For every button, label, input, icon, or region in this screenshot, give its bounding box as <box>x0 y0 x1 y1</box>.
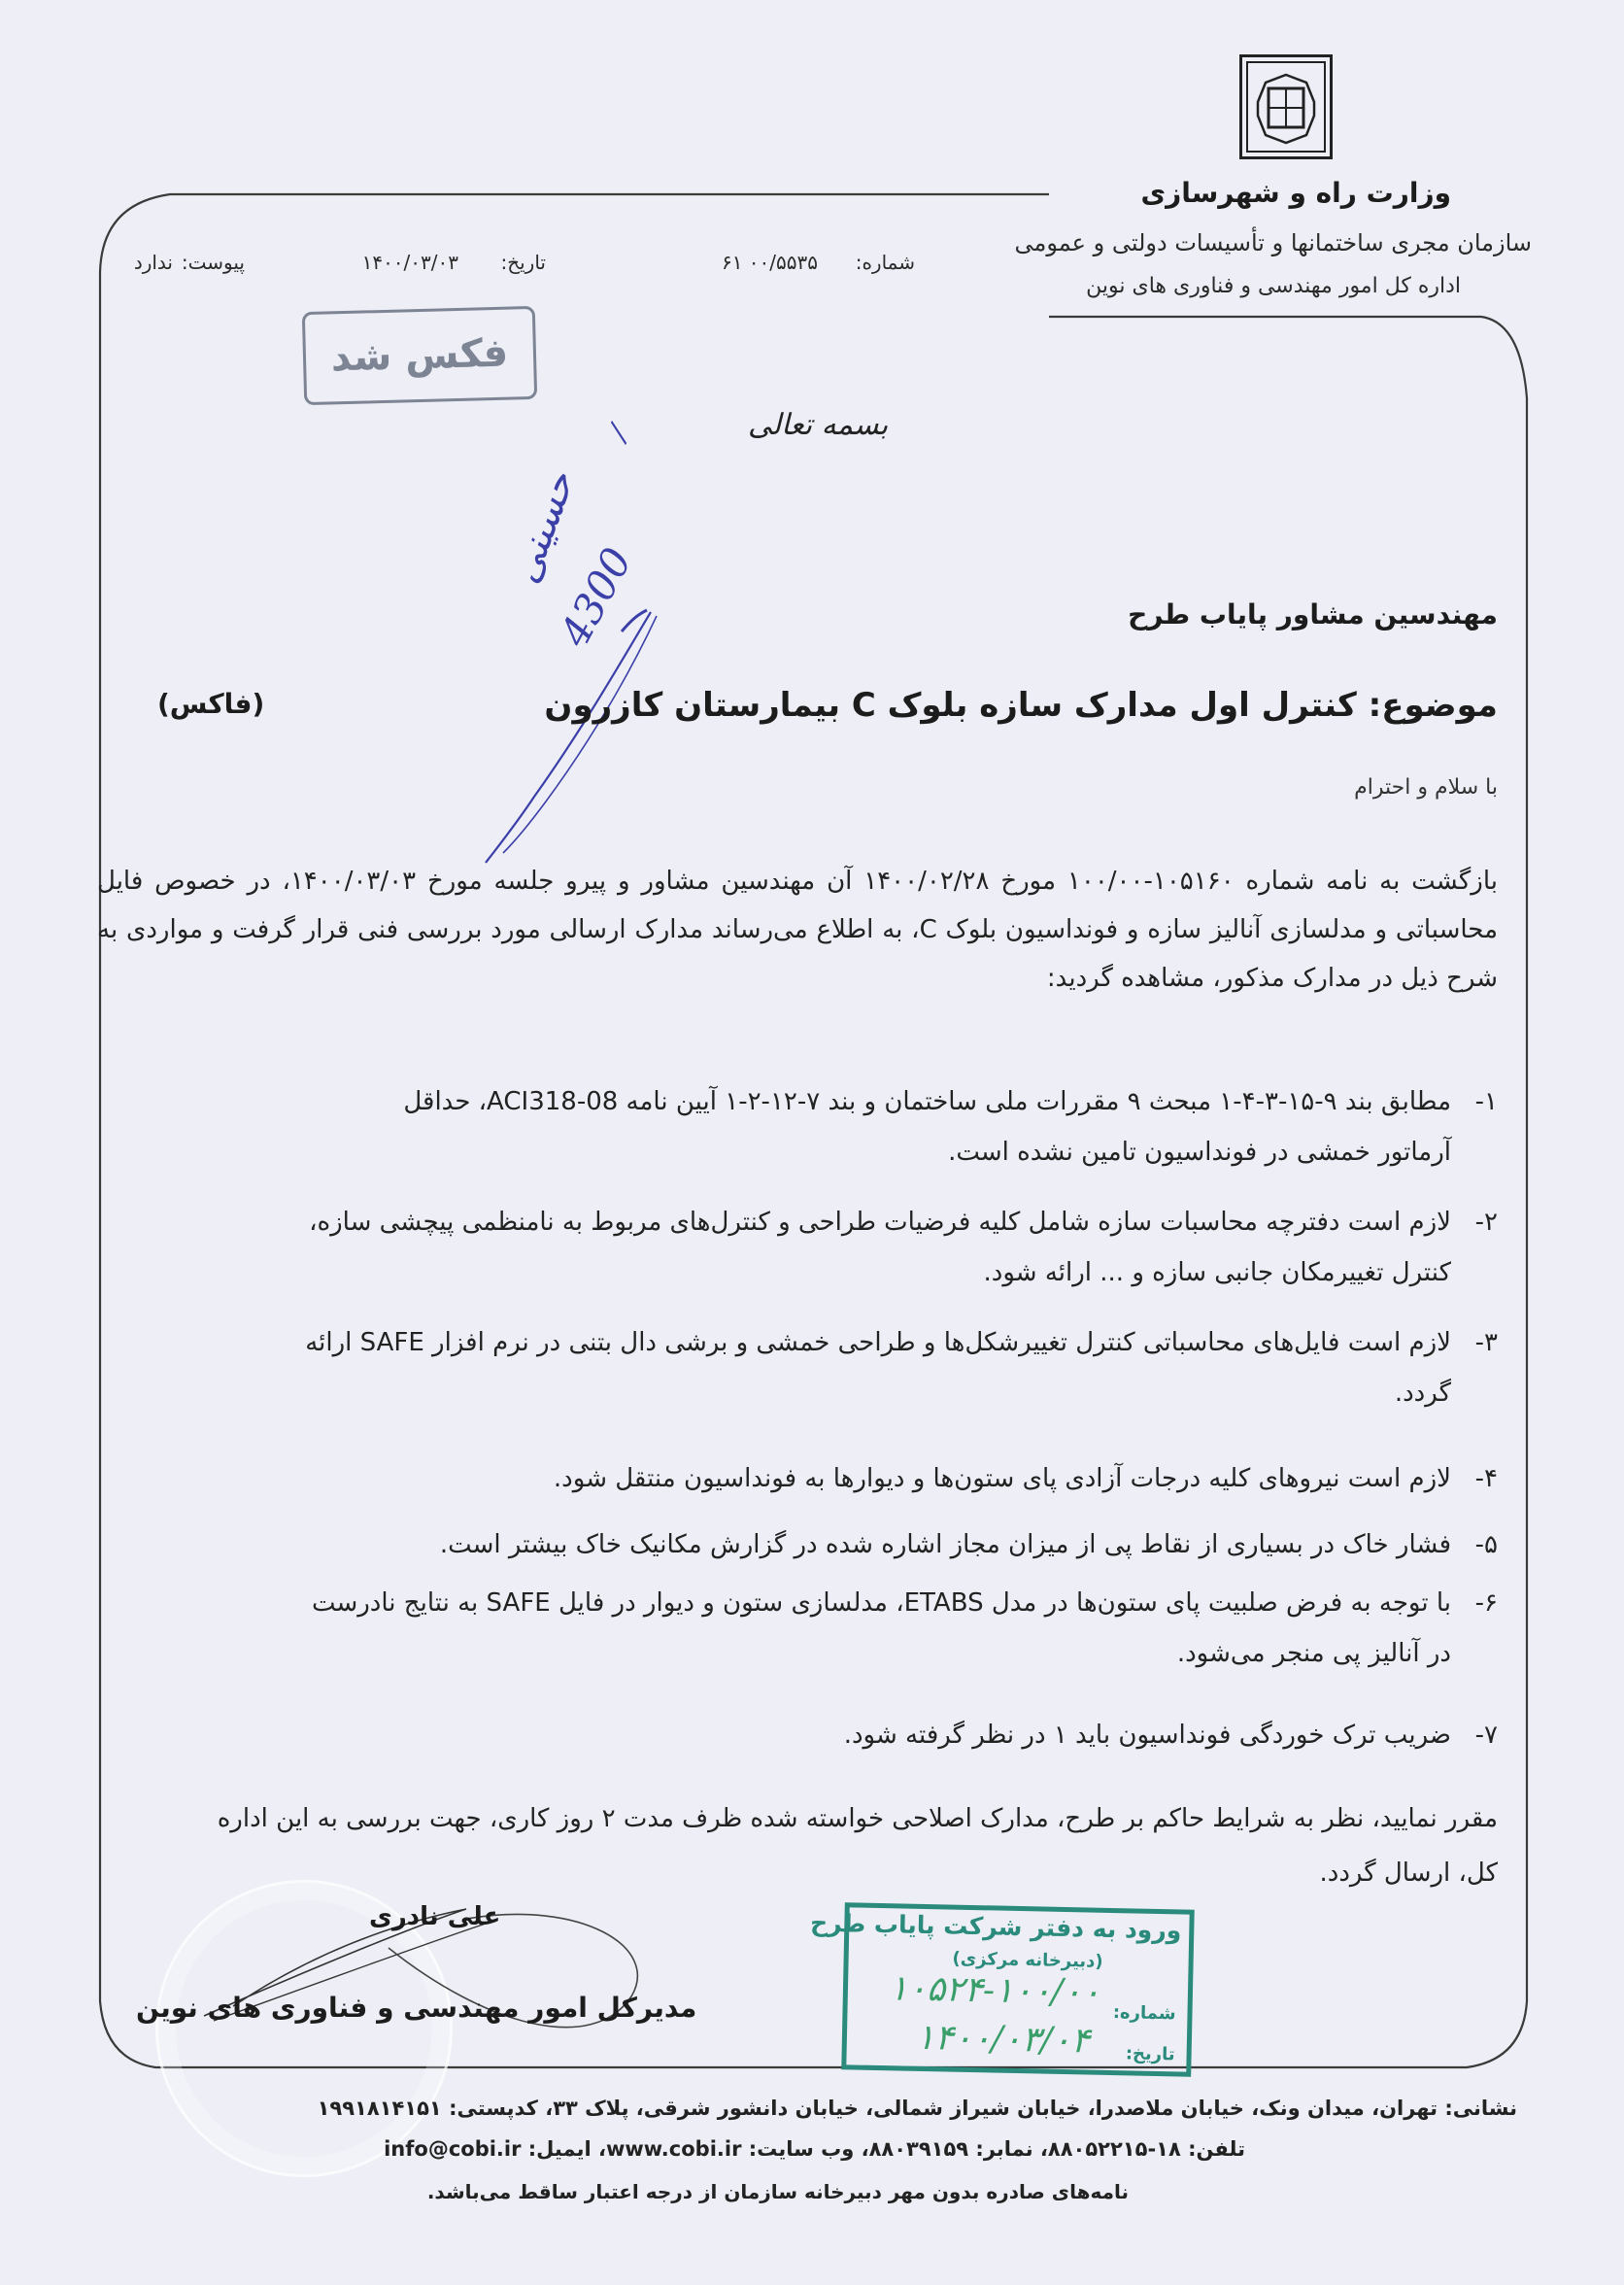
recipient: مهندسین مشاور پایاب طرح <box>1128 598 1498 631</box>
fax-label: (فاکس) <box>157 688 264 720</box>
greeting: با سلام و احترام <box>1354 775 1498 800</box>
item-text-continued: کنترل تغییرمکان جانبی سازه و ... ارائه ش… <box>97 1247 1498 1298</box>
basmala: بسمه تعالی <box>748 408 888 442</box>
list-item: ۲-لازم است دفترچه محاسبات سازه شامل کلیه… <box>97 1197 1498 1298</box>
item-text: لازم است نیروهای کلیه درجات آزادی پای ست… <box>554 1464 1451 1493</box>
received-number-value: ۱۰۵۲۴-۱۰۰/۰۰ <box>889 1968 1100 2013</box>
footer-contact: تلفن: ۱۸-۸۸۰۵۲۲۱۵، نمابر: ۸۸۰۳۹۱۵۹، وب س… <box>384 2137 1245 2161</box>
item-text: لازم است دفترچه محاسبات سازه شامل کلیه ف… <box>309 1208 1451 1237</box>
item-number: ۴- <box>1451 1453 1498 1504</box>
handwritten-stroke-icon <box>476 602 670 865</box>
subject-line: موضوع: کنترل اول مدارک سازه بلوک C بیمار… <box>544 686 1498 725</box>
item-text: فشار خاک در بسیاری از نقاط پی از میزان م… <box>440 1530 1451 1559</box>
footer-address: نشانی: تهران، میدان ونک، خیابان ملاصدرا،… <box>318 2097 1517 2120</box>
item-text-continued: گردد. <box>97 1368 1498 1418</box>
fax-sent-stamp: فکس شد <box>302 306 537 405</box>
item-number: ۵- <box>1451 1519 1498 1570</box>
received-number-label: شماره: <box>1113 2002 1176 2024</box>
item-number: ۲- <box>1451 1197 1498 1247</box>
list-item: ۷-ضریب ترک خوردگی فونداسیون باید ۱ در نظ… <box>97 1710 1498 1760</box>
item-number: ۷- <box>1451 1710 1498 1760</box>
list-item: ۶-با توجه به فرض صلبیت پای ستون‌ها در مد… <box>97 1578 1498 1679</box>
item-number: ۶- <box>1451 1578 1498 1628</box>
item-text: مطابق بند ۹-۱۵-۳-۴-۱ مبحث ۹ مقررات ملی س… <box>403 1087 1451 1116</box>
footer-notice: نامه‌های صادره بدون مهر دبیرخانه سازمان … <box>427 2180 1129 2203</box>
intro-paragraph: بازگشت به نامه شماره ۱۰۵۱۶۰-۱۰۰/۰۰ مورخ … <box>97 857 1498 1003</box>
item-text-continued: آرماتور خمشی در فونداسیون تامین نشده است… <box>97 1127 1498 1177</box>
item-number: ۳- <box>1451 1317 1498 1368</box>
closing-line-1: مقرر نمایید، نظر به شرایط حاکم بر طرح، م… <box>97 1791 1498 1846</box>
received-stamp-subtitle: (دبیرخانه مرکزی) <box>952 1949 1103 1972</box>
item-number: ۱- <box>1451 1076 1498 1127</box>
item-text: لازم است فایل‌های محاسباتی کنترل تغییرشک… <box>305 1328 1451 1357</box>
received-stamp: ورود به دفتر شرکت پایاب طرح (دبیرخانه مر… <box>841 1902 1195 2077</box>
received-date-value: ۱۴۰۰/۰۳/۰۴ <box>916 2018 1091 2062</box>
received-stamp-title: ورود به دفتر شرکت پایاب طرح <box>810 1909 1182 1945</box>
item-text: با توجه به فرض صلبیت پای ستون‌ها در مدل … <box>312 1588 1451 1618</box>
list-item: ۴-لازم است نیروهای کلیه درجات آزادی پای … <box>97 1453 1498 1504</box>
list-item: ۳-لازم است فایل‌های محاسباتی کنترل تغییر… <box>97 1317 1498 1418</box>
list-item: ۵-فشار خاک در بسیاری از نقاط پی از میزان… <box>97 1519 1498 1570</box>
list-item: ۱-مطابق بند ۹-۱۵-۳-۴-۱ مبحث ۹ مقررات ملی… <box>97 1076 1498 1177</box>
item-text-continued: در آنالیز پی منجر می‌شود. <box>97 1628 1498 1679</box>
received-date-label: تاریخ: <box>1126 2043 1175 2064</box>
signatory-title: مدیرکل امور مهندسی و فناوری های نوین <box>136 1992 696 2024</box>
signatory-name: علی نادری <box>369 1902 500 1931</box>
item-text: ضریب ترک خوردگی فونداسیون باید ۱ در نظر … <box>844 1721 1451 1750</box>
